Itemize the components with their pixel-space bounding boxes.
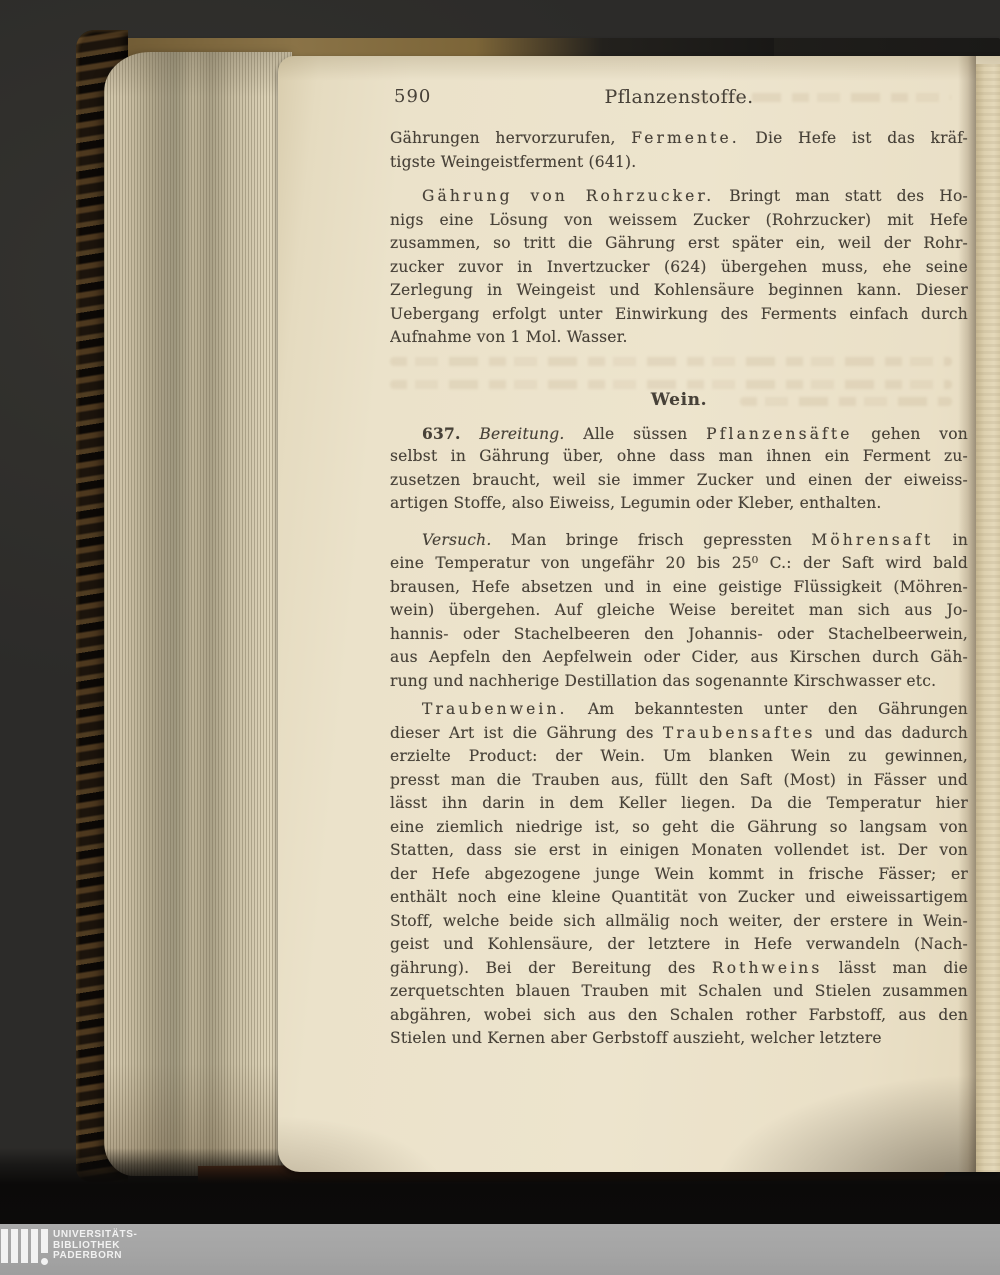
text-line: tigste Weingeistferment (641). (390, 151, 968, 175)
running-title: Pflanzenstoffe. (604, 84, 753, 110)
versuch-paragraph: Versuch. Man bringe frisch gepressten Mö… (390, 529, 968, 694)
text-line: Uebergang erfolgt unter Einwirkung des F… (390, 303, 968, 327)
footer-bar: UNIVERSITÄTS- BIBLIOTHEK PADERBORN (0, 1224, 1000, 1275)
text-line: Stoff, welche beide sich allmälig noch w… (390, 910, 968, 934)
text-line: dieser Art ist die Gährung des Traubensa… (390, 722, 968, 746)
text-line: Traubenwein. Am bekanntesten unter den G… (390, 698, 968, 722)
text-line: nigs eine Lösung von weissem Zucker (Roh… (390, 209, 968, 233)
text-line: erzielte Product: der Wein. Um blanken W… (390, 745, 968, 769)
library-logo: UNIVERSITÄTS- BIBLIOTHEK PADERBORN (0, 1224, 137, 1275)
text-line: gährung). Bei der Bereitung des Rothwein… (390, 957, 968, 981)
library-name-line-2: BIBLIOTHEK (53, 1241, 137, 1251)
text-line: eine Temperatur von ungefähr 20 bis 25⁰ … (390, 552, 968, 576)
wein-heading: Wein. (390, 388, 968, 412)
text-line: hannis- oder Stachelbeeren den Johannis-… (390, 623, 968, 647)
text-line: Zerlegung in Weingeist und Kohlensäure b… (390, 279, 968, 303)
text-line: aus Aepfeln den Aepfelwein oder Cider, a… (390, 646, 968, 670)
text-line: eine ziemlich niedrige ist, so geht die … (390, 816, 968, 840)
text-line: zerquetschten blauen Trauben mit Schalen… (390, 980, 968, 1004)
text-line: presst man die Trauben aus, füllt den Sa… (390, 769, 968, 793)
text-line: der Hefe abgezogene junge Wein kommt in … (390, 863, 968, 887)
text-line: geist und Kohlensäure, der letztere in H… (390, 933, 968, 957)
text-line: 637. Bereitung. Alle süssen Pflanzensäft… (390, 422, 968, 446)
logo-bars-icon (0, 1224, 47, 1275)
text-line: Aufnahme von 1 Mol. Wasser. (390, 326, 968, 350)
text-line: Gährung von Rohrzucker. Bringt man statt… (390, 185, 968, 209)
text-line: zucker zuvor in Invertzucker (624) überg… (390, 256, 968, 280)
text-line: Gährungen hervorzurufen, Fermente. Die H… (390, 127, 968, 151)
library-name: UNIVERSITÄTS- BIBLIOTHEK PADERBORN (53, 1224, 137, 1262)
text-line: abgähren, wobei sich aus den Schalen rot… (390, 1004, 968, 1028)
rohrzucker-paragraph: Gährung von Rohrzucker. Bringt man statt… (390, 185, 968, 350)
library-name-line-3: PADERBORN (53, 1251, 137, 1261)
intro-paragraph: Gährungen hervorzurufen, Fermente. Die H… (390, 127, 968, 174)
traubenwein-paragraph: Traubenwein. Am bekanntesten unter den G… (390, 698, 968, 1051)
text-line: zusetzen braucht, weil sie immer Zucker … (390, 469, 968, 493)
text-line: rung und nachherige Destillation das sog… (390, 670, 968, 694)
text-block: 590 Pflanzenstoffe. Gährungen hervorzuru… (390, 84, 968, 1051)
text-line: enthält noch eine kleine Quantität von Z… (390, 886, 968, 910)
page-header: 590 Pflanzenstoffe. (390, 84, 968, 110)
text-line: lässt ihn darin in dem Keller liegen. Da… (390, 792, 968, 816)
page-edges (104, 52, 292, 1176)
text-line: zusammen, so tritt die Gährung erst spät… (390, 232, 968, 256)
text-line: brausen, Hefe absetzen und in eine geist… (390, 576, 968, 600)
bereitung-paragraph: 637. Bereitung. Alle süssen Pflanzensäft… (390, 422, 968, 516)
text-line: selbst in Gährung über, ohne dass man ih… (390, 445, 968, 469)
text-line: Statten, dass sie erst in einigen Monate… (390, 839, 968, 863)
page-number: 590 (394, 84, 431, 110)
text-line: artigen Stoffe, also Eiweiss, Legumin od… (390, 492, 968, 516)
text-line: Stielen und Kernen aber Gerbstoff auszie… (390, 1027, 968, 1051)
text-line: Versuch. Man bringe frisch gepressten Mö… (390, 529, 968, 553)
library-name-line-1: UNIVERSITÄTS- (53, 1230, 137, 1240)
text-line: wein) übergehen. Auf gleiche Weise berei… (390, 599, 968, 623)
book-page: 590 Pflanzenstoffe. Gährungen hervorzuru… (278, 56, 1000, 1172)
adjacent-page-edge (976, 64, 1000, 1172)
book-scan: 590 Pflanzenstoffe. Gährungen hervorzuru… (0, 0, 1000, 1275)
